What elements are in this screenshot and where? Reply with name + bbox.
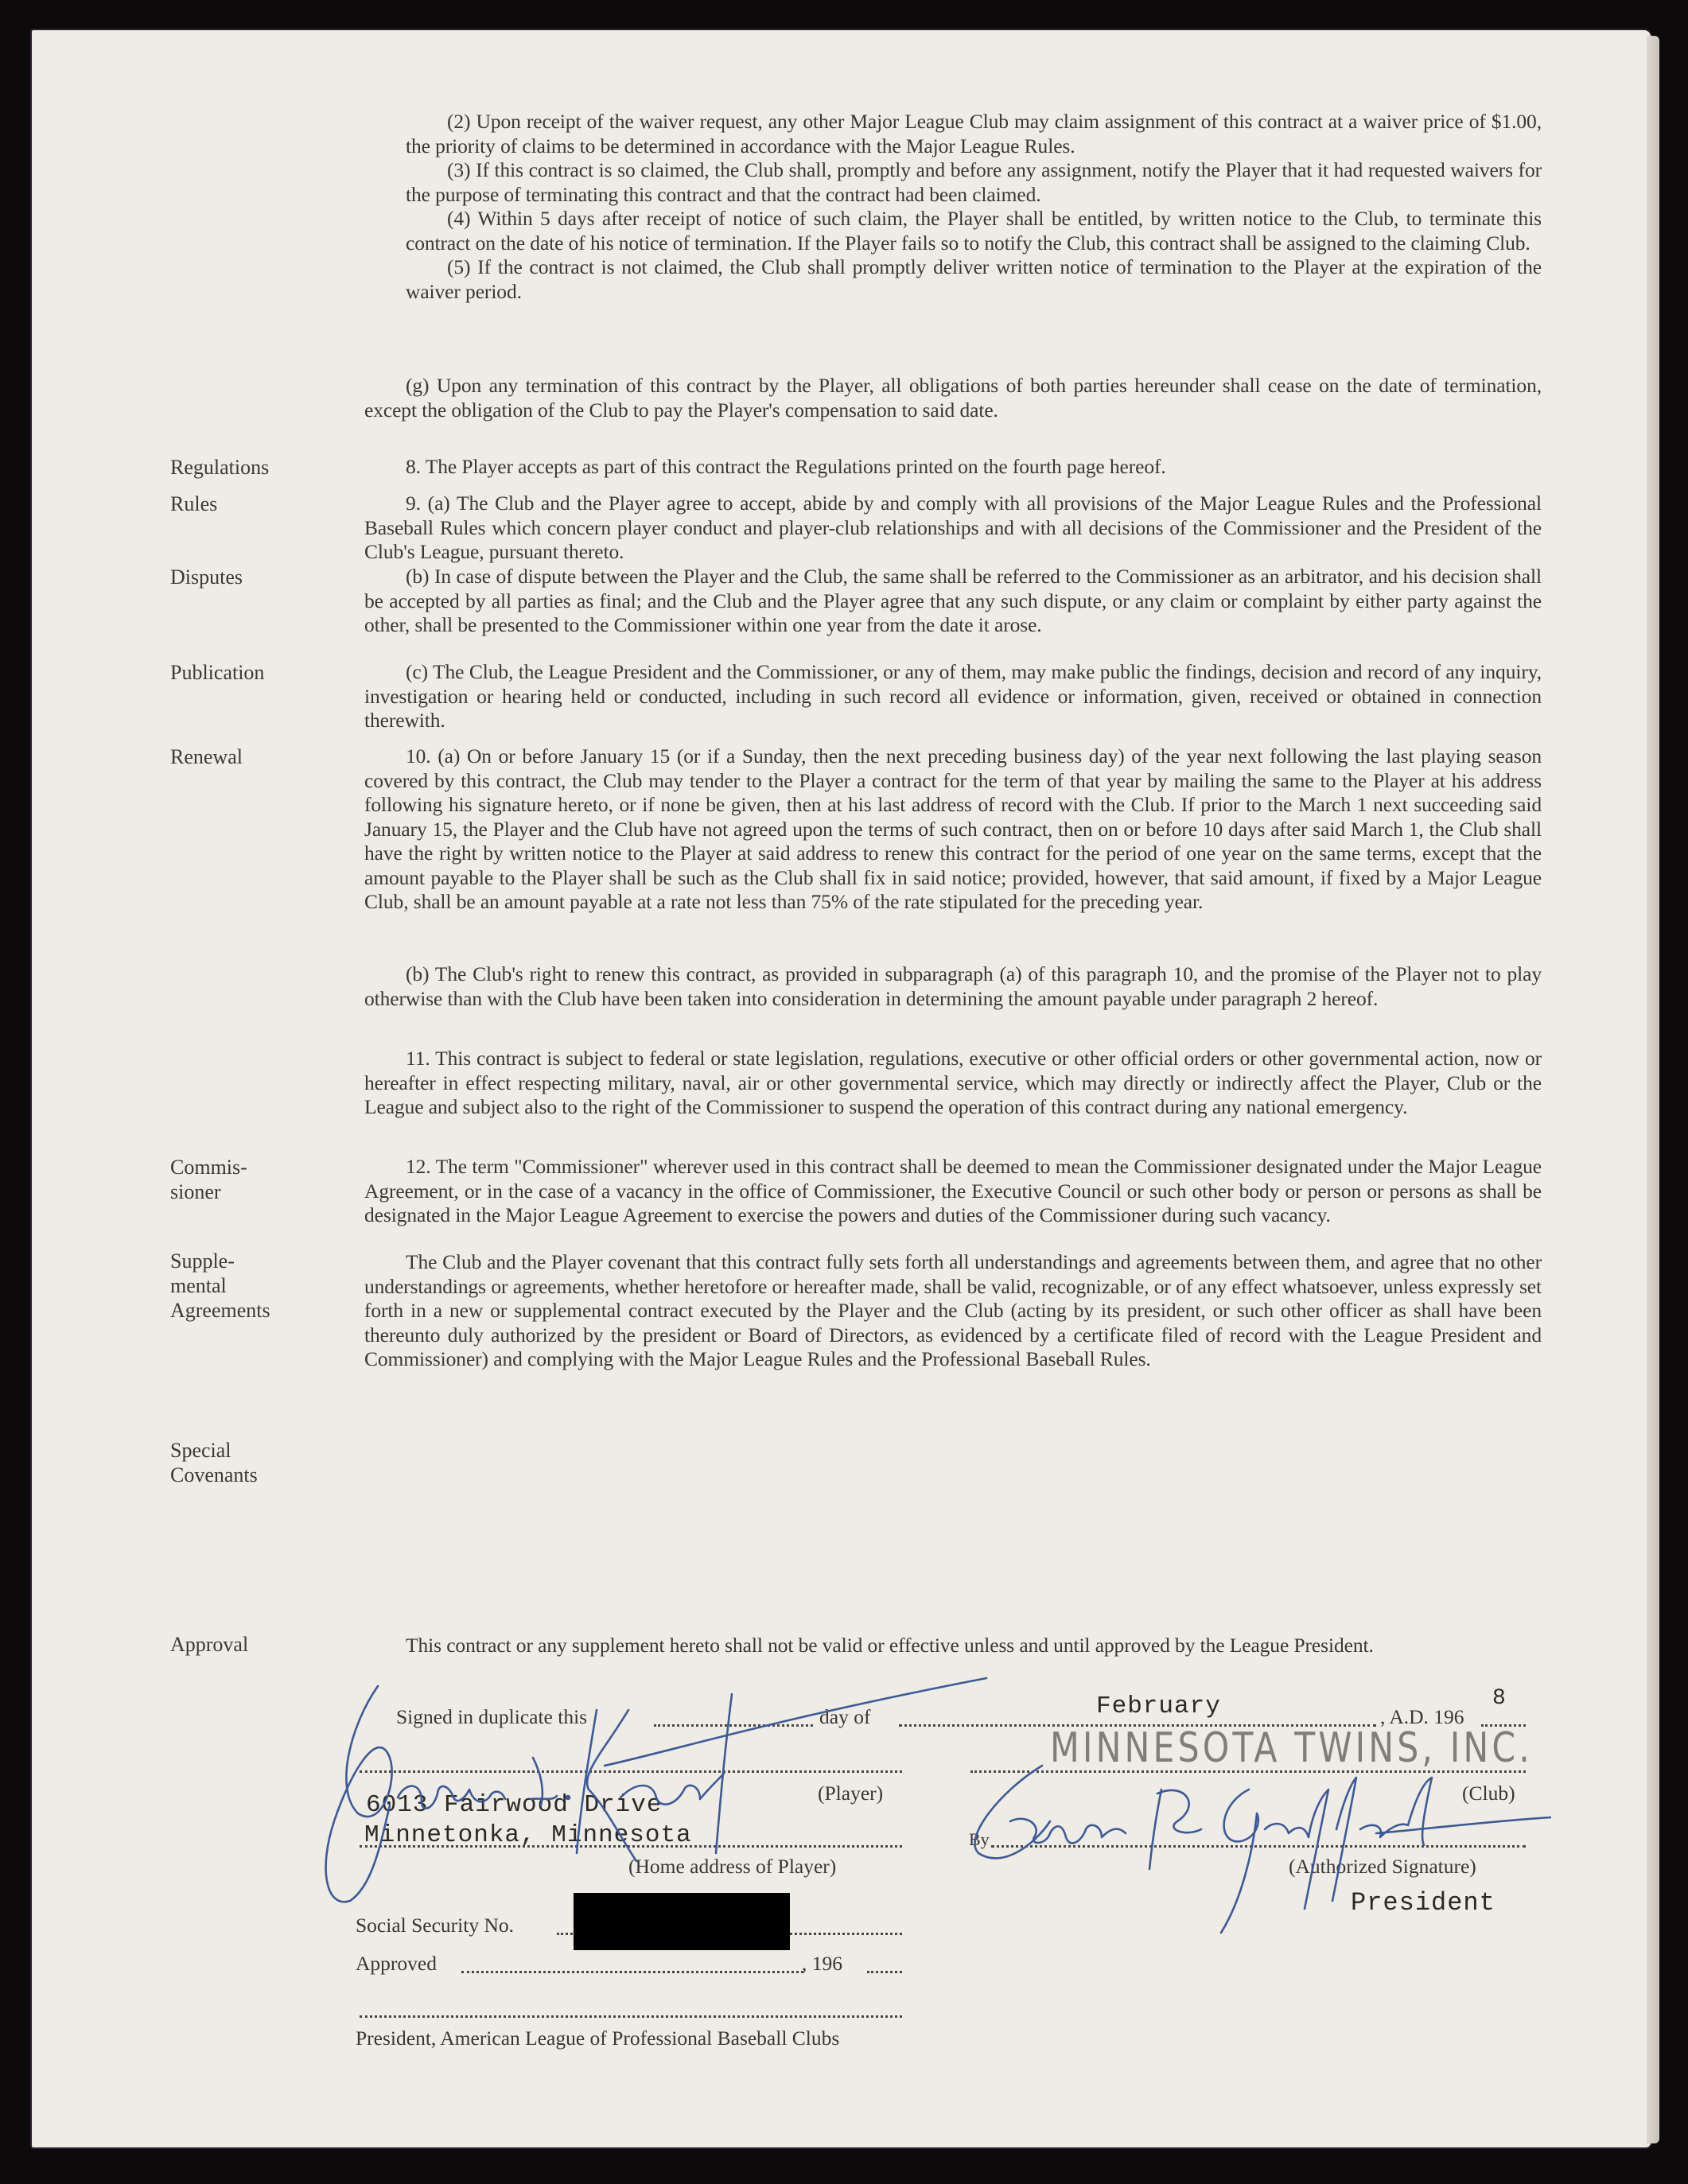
section-12: 12. The term "Commissioner" wherever use… <box>364 1155 1542 1228</box>
label-commissioner: Commis- sioner <box>170 1155 247 1204</box>
label-disputes: Disputes <box>170 565 243 589</box>
label-regulations: Regulations <box>170 455 269 480</box>
approved-year-field[interactable] <box>867 1971 902 1973</box>
waiver-clause-2: (2) Upon receipt of the waiver request, … <box>406 110 1542 158</box>
clause-g: (g) Upon any termination of this contrac… <box>364 374 1542 422</box>
waiver-clause-3: (3) If this contract is so claimed, the … <box>406 158 1542 207</box>
day-field[interactable] <box>654 1724 813 1727</box>
approval-text: This contract or any supplement hereto s… <box>364 1634 1542 1658</box>
section-11: 11. This contract is subject to federal … <box>364 1047 1542 1120</box>
label-supplemental-agreements: Supple- mental Agreements <box>170 1249 270 1323</box>
club-name-field[interactable] <box>970 1770 1526 1773</box>
authorized-signature-label: (Authorized Signature) <box>1289 1855 1476 1879</box>
authorized-signature-field[interactable] <box>991 1845 1526 1848</box>
league-president-signature-field[interactable] <box>360 2015 902 2018</box>
address-line-1: 6013 Fairwood Drive <box>366 1791 662 1819</box>
by-label: By <box>969 1829 990 1850</box>
club-label: (Club) <box>1462 1782 1515 1805</box>
home-address-field[interactable] <box>360 1845 902 1848</box>
label-special-covenants: Special Covenants <box>170 1438 258 1487</box>
section-9b: (b) In case of dispute between the Playe… <box>364 565 1542 638</box>
section-10a: 10. (a) On or before January 15 (or if a… <box>364 744 1542 915</box>
month-value: February <box>1096 1692 1221 1720</box>
ssn-label: Social Security No. <box>356 1914 514 1937</box>
ssn-redaction-box <box>574 1893 790 1950</box>
year-digit-value: 8 <box>1492 1686 1507 1711</box>
label-publication: Publication <box>170 660 264 685</box>
approved-date-field[interactable] <box>461 1971 803 1973</box>
player-signature-field[interactable] <box>360 1770 902 1773</box>
approved-label: Approved <box>356 1952 437 1976</box>
section-9c: (c) The Club, the League President and t… <box>364 660 1542 733</box>
section-10b: (b) The Club's right to renew this contr… <box>364 962 1542 1011</box>
club-stamp: MINNESOTA TWINS, INC. <box>1050 1724 1533 1772</box>
player-label: (Player) <box>818 1782 883 1805</box>
waiver-clause-4: (4) Within 5 days after receipt of notic… <box>406 207 1542 255</box>
home-address-label: (Home address of Player) <box>628 1855 836 1879</box>
waiver-clause-5: (5) If the contract is not claimed, the … <box>406 255 1542 304</box>
day-of-label: day of <box>819 1705 870 1729</box>
label-renewal: Renewal <box>170 744 243 769</box>
section-9a: 9. (a) The Club and the Player agree to … <box>364 492 1542 565</box>
signer-title-value: President <box>1351 1888 1495 1918</box>
label-approval: Approval <box>170 1632 248 1657</box>
section-8: 8. The Player accepts as part of this co… <box>364 455 1542 480</box>
signed-in-duplicate-label: Signed in duplicate this <box>396 1705 587 1729</box>
label-rules: Rules <box>170 492 217 516</box>
waiver-clauses: (2) Upon receipt of the waiver request, … <box>406 110 1542 304</box>
page-edge <box>1647 36 1659 2143</box>
supplemental-agreements-text: The Club and the Player covenant that th… <box>364 1250 1542 1372</box>
approved-year-label: , 196 <box>802 1952 842 1976</box>
league-president-title: President, American League of Profession… <box>356 2027 839 2050</box>
